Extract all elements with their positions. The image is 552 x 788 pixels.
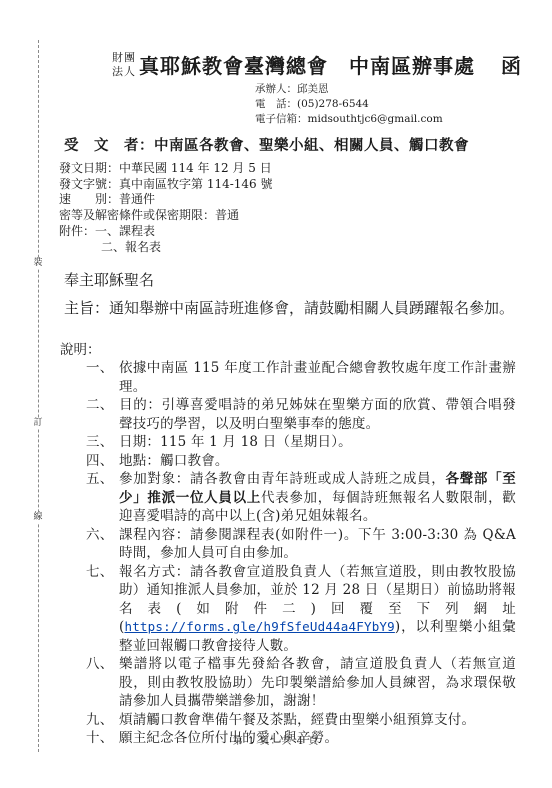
meta-speed-class: 速 別：普通件	[59, 192, 552, 208]
explanation-item-4: 四、 地點：觸口教會。	[86, 452, 516, 471]
binding-line	[38, 40, 39, 752]
item-number: 六、	[86, 526, 119, 563]
document-header: 財團 法人 真耶穌教會臺灣總會 中南區辦事處 函	[112, 50, 552, 79]
salutation: 奉主耶穌聖名	[64, 269, 552, 290]
item-text: 依據中南區 115 年度工作計畫並配合總會教牧處年度工作計畫辦理。	[119, 359, 516, 396]
item-text: 樂譜將以電子檔事先發給各教會，請宣道股負責人（若無宣道股，則由教牧股協助）先印製…	[119, 655, 516, 711]
binding-mark-zhuang: 裝	[33, 258, 42, 269]
org-prefix: 財團 法人	[112, 51, 136, 79]
recipient-line: 受 文 者：中南區各教會、聖樂小組、相關人員、觸口教會	[64, 134, 552, 155]
explanation-item-1: 一、 依據中南區 115 年度工作計畫並配合總會教牧處年度工作計畫辦理。	[86, 359, 516, 396]
explanation-item-8: 八、 樂譜將以電子檔事先發給各教會，請宣道股負責人（若無宣道股，則由教牧股協助）…	[86, 655, 516, 711]
item-text-pre: 參加對象：請各教會由青年詩班或成人詩班之成員，	[119, 471, 446, 487]
attachment-label: 附件：	[59, 224, 95, 240]
attachment-2: 二、報名表	[101, 240, 552, 256]
item-text: 地點：觸口教會。	[119, 452, 516, 471]
item-number: 五、	[86, 470, 119, 526]
explanation-list: 一、 依據中南區 115 年度工作計畫並配合總會教牧處年度工作計畫辦理。 二、 …	[86, 359, 516, 748]
item-number: 二、	[86, 396, 119, 433]
explanation-item-5: 五、 參加對象：請各教會由青年詩班或成人詩班之成員，各聲部「至少」推派一位人員以…	[86, 470, 516, 526]
binding-mark-xian: 線	[33, 512, 42, 523]
explanation-label: 說明：	[60, 338, 552, 358]
explanation-item-7: 七、 報名方式：請各教會宣道股負責人（若無宣道股，則由教牧股協助）通知推派人員參…	[86, 563, 516, 656]
explanation-item-3: 三、 日期：115 年 1 月 18 日（星期日）。	[86, 433, 516, 452]
page-indicator: 第 1 頁：共 4 頁	[0, 732, 552, 747]
item-text: 煩請觸口教會準備午餐及茶點，經費由聖樂小組預算支付。	[119, 711, 516, 730]
binding-mark-ding: 訂	[33, 418, 42, 429]
registration-form-link[interactable]: https://forms.gle/h9fSfeUd44a4FYbY9	[124, 619, 394, 634]
meta-attachments: 附件： 一、課程表	[59, 224, 552, 240]
explanation-item-6: 六、 課程內容：請參閱課程表(如附件一)。下午 3:00-3:30 為 Q&A …	[86, 526, 516, 563]
subject-line: 主旨：通知舉辦中南區詩班進修會，請鼓勵相關人員踴躍報名參加。	[64, 297, 552, 318]
contact-handler: 承辦人：邱美恩	[255, 82, 552, 97]
item-number: 三、	[86, 433, 119, 452]
item-number: 九、	[86, 711, 119, 730]
attachment-1: 一、課程表	[95, 224, 155, 240]
contact-email: 電子信箱：midsouthtjc6@gmail.com	[255, 112, 552, 127]
org-prefix-line1: 財團	[112, 51, 136, 65]
item-text: 課程內容：請參閱課程表(如附件一)。下午 3:00-3:30 為 Q&A 時間，…	[119, 526, 516, 563]
explanation-item-9: 九、 煩請觸口教會準備午餐及茶點，經費由聖樂小組預算支付。	[86, 711, 516, 730]
contact-block: 承辦人：邱美恩 電 話：(05)278-6544 電子信箱：midsouthtj…	[255, 82, 552, 127]
org-prefix-line2: 法人	[112, 65, 136, 79]
item-text: 目的：引導喜愛唱詩的弟兄姊妹在聖樂方面的欣賞、帶領合唱發聲技巧的學習，以及明白聖…	[119, 396, 516, 433]
item-number: 四、	[86, 452, 119, 471]
contact-phone: 電 話：(05)278-6544	[255, 97, 552, 112]
explanation-item-2: 二、 目的：引導喜愛唱詩的弟兄姊妹在聖樂方面的欣賞、帶領合唱發聲技巧的學習，以及…	[86, 396, 516, 433]
document-title: 真耶穌教會臺灣總會 中南區辦事處	[139, 50, 475, 79]
meta-issue-date: 發文日期：中華民國 114 年 12 月 5 日	[59, 161, 552, 177]
item-number: 一、	[86, 359, 119, 396]
document-type-label: 函	[501, 50, 521, 79]
item-number: 八、	[86, 655, 119, 711]
meta-block: 發文日期：中華民國 114 年 12 月 5 日 發文字號：真中南區牧字第 11…	[59, 161, 552, 255]
item-text: 報名方式：請各教會宣道股負責人（若無宣道股，則由教牧股協助）通知推派人員參加，並…	[119, 563, 516, 656]
item-number: 七、	[86, 563, 119, 656]
item-text: 參加對象：請各教會由青年詩班或成人詩班之成員，各聲部「至少」推派一位人員以上代表…	[119, 470, 516, 526]
item-text: 日期：115 年 1 月 18 日（星期日）。	[119, 433, 516, 452]
meta-doc-number: 發文字號：真中南區牧字第 114-146 號	[59, 177, 552, 193]
meta-security-class: 密等及解密條件或保密期限：普通	[59, 208, 552, 224]
